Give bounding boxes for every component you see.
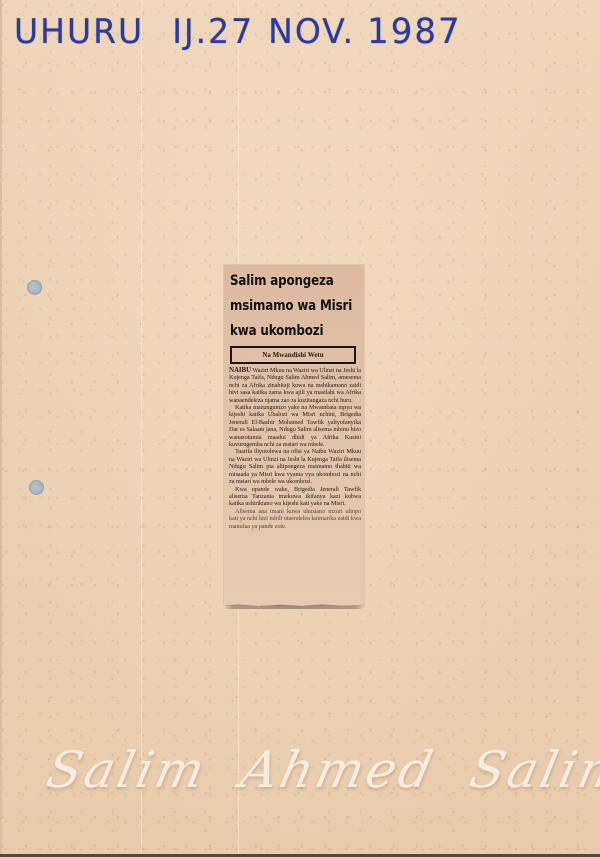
headline-line: kwa ukombozi	[230, 319, 337, 344]
date-year: 1987	[367, 5, 462, 58]
article-paragraph: Katika mazungumzo yake na Mwambata mpya …	[229, 404, 361, 448]
punch-hole-icon	[29, 480, 44, 495]
watermark-middle-name: Ahmed	[232, 720, 446, 820]
lead-word: NAIBU	[229, 366, 251, 374]
headline-line: msimamo wa Misri	[230, 294, 337, 319]
date-day: IJ.27	[172, 5, 254, 58]
archive-page: UHURUIJ.27NOV.1987 Salim apongeza msimam…	[0, 0, 600, 855]
article-paragraph: Taarifa iliyotolewa na ofisi ya Naibu Wa…	[229, 448, 361, 485]
article-headline: Salim apongeza msimamo wa Misri kwa ukom…	[230, 269, 337, 344]
article-body: NAIBU Waziri Mkuu na Waziri wa Ulinzi na…	[229, 367, 361, 530]
page-left-edge	[0, 0, 2, 857]
date-month: NOV.	[268, 5, 355, 58]
article-paragraph: NAIBU Waziri Mkuu na Waziri wa Ulinzi na…	[229, 367, 361, 404]
watermark-last-name: Salim	[460, 720, 600, 820]
handwritten-source-date: UHURUIJ.27NOV.1987	[14, 5, 594, 58]
article-byline: Na Mwandishi Wetu	[230, 346, 356, 364]
article-paragraph: Kwa upande wake, Brigedia Jenerali Tawfi…	[229, 486, 361, 508]
headline-line: Salim apongeza	[230, 269, 337, 294]
newspaper-name: UHURU	[14, 5, 144, 58]
newspaper-clipping: Salim apongeza msimamo wa Misri kwa ukom…	[224, 265, 364, 605]
punch-hole-icon	[27, 280, 42, 295]
watermark-first-name: Salim	[37, 720, 217, 820]
article-paragraph: Alisema ana imani kuwa uhusiano mzuri ul…	[229, 508, 361, 530]
signature-watermark: SalimAhmedSalim	[30, 720, 570, 820]
